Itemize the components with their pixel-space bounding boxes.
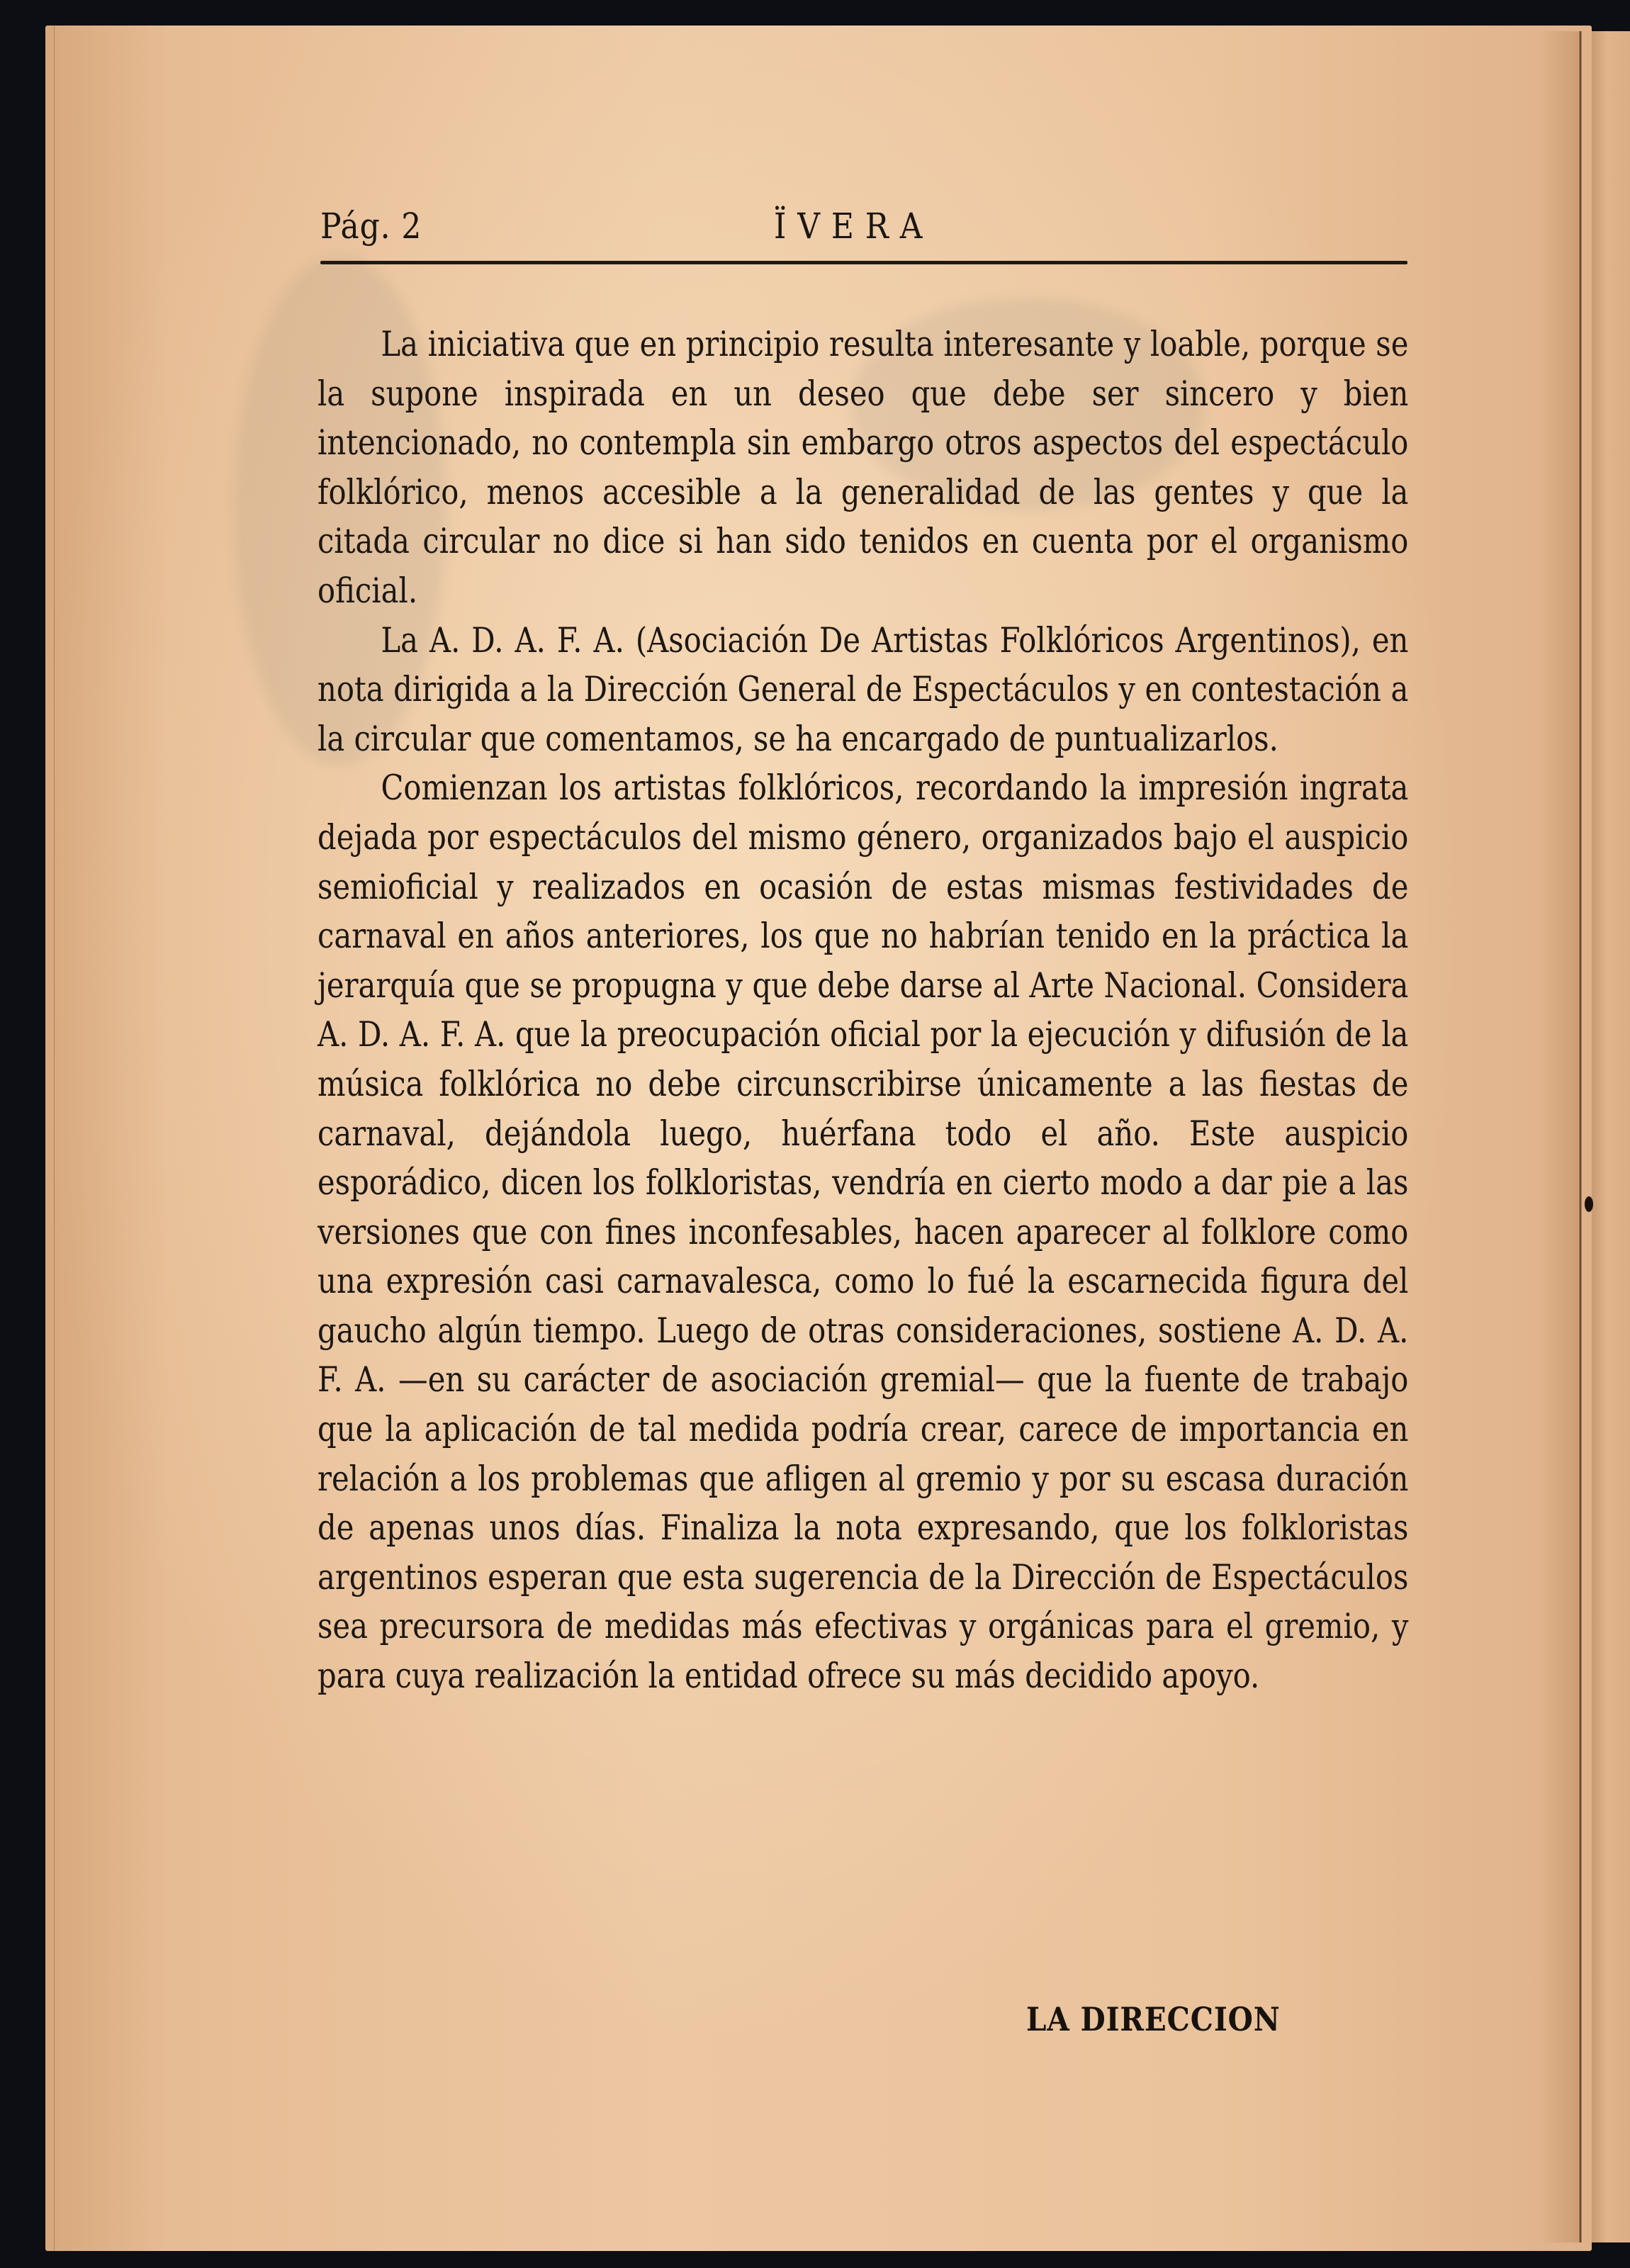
gutter-shadow — [1538, 31, 1579, 2242]
page-header: Pág. 2 ÏVERA — [320, 206, 1412, 255]
page-edge — [54, 26, 55, 2251]
paragraph: La A. D. A. F. A. (Asociación De Artista… — [317, 617, 1408, 765]
journal-title: ÏVERA — [774, 206, 933, 247]
binding-staple-mark — [1585, 1196, 1593, 1212]
paragraph: La iniciativa que en principio resulta i… — [317, 320, 1408, 617]
article-body: La iniciativa que en principio resulta i… — [317, 320, 1409, 1702]
binding-gutter — [1579, 31, 1582, 2242]
adjacent-page-edge — [1592, 31, 1630, 2242]
page-number: Pág. 2 — [320, 206, 422, 247]
paragraph: Comienzan los artistas folklóricos, reco… — [317, 764, 1408, 1701]
signature: LA DIRECCION — [1026, 2000, 1281, 2038]
header-rule — [320, 261, 1407, 264]
